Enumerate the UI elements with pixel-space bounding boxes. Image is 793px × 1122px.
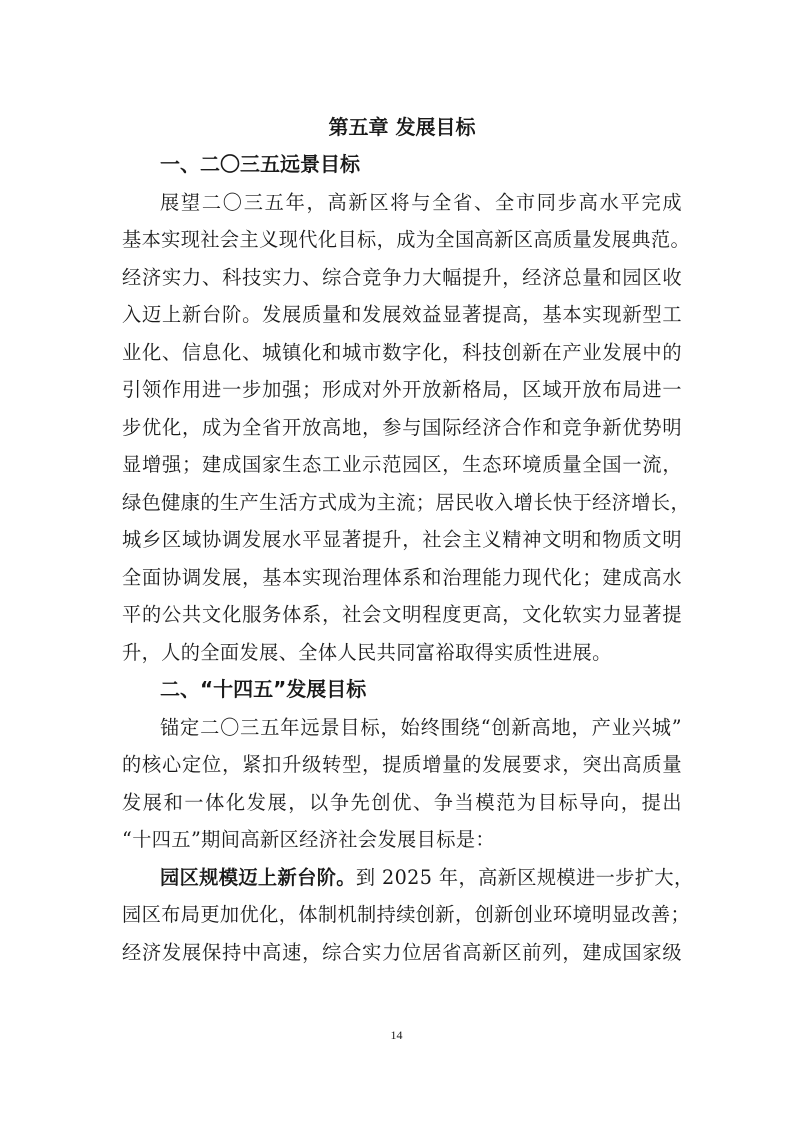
text-line: 入迈上新台阶。发展质量和发展效益显著提高，基本实现新型工 <box>122 296 682 334</box>
text-line: 基本实现社会主义现代化目标，成为全国高新区高质量发展典范。 <box>122 221 682 259</box>
section-heading-14th-five-year: 二、“十四五”发展目标 <box>122 671 682 709</box>
text-line: 显增强；建成国家生态工业示范园区，生态环境质量全国一流， <box>122 446 682 484</box>
goal-lead-bold: 园区规模迈上新台阶。 <box>160 866 356 889</box>
section-heading-2035: 一、二〇三五远景目标 <box>122 146 682 184</box>
goal-first-line-text: 到 2025 年，高新区规模进一步扩大， <box>356 866 694 889</box>
text-line: 园区规模迈上新台阶。到 2025 年，高新区规模进一步扩大， <box>122 859 682 897</box>
text-line: 业化、信息化、城镇化和城市数字化，科技创新在产业发展中的 <box>122 334 682 372</box>
text-line: 绿色健康的生产生活方式成为主流；居民收入增长快于经济增长， <box>122 484 682 522</box>
chapter-title: 第五章 发展目标 <box>122 108 682 146</box>
text-line: 发展和一体化发展，以争先创优、争当模范为目标导向，提出 <box>122 784 682 822</box>
text-line: 城乡区域协调发展水平显著提升，社会主义精神文明和物质文明 <box>122 521 682 559</box>
paragraph-2035-vision: 展望二〇三五年，高新区将与全省、全市同步高水平完成 基本实现社会主义现代化目标，… <box>122 184 682 672</box>
paragraph-14th-five-year: 锚定二〇三五年远景目标，始终围绕“创新高地，产业兴城” 的核心定位，紧扣升级转型… <box>122 709 682 859</box>
text-line: 全面协调发展，基本实现治理体系和治理能力现代化；建成高水 <box>122 559 682 597</box>
text-line: 的核心定位，紧扣升级转型，提质增量的发展要求，突出高质量 <box>122 746 682 784</box>
text-line: 升，人的全面发展、全体人民共同富裕取得实质性进展。 <box>122 634 682 672</box>
paragraph-park-scale-goal: 园区规模迈上新台阶。到 2025 年，高新区规模进一步扩大， 园区布局更加优化，… <box>122 859 682 972</box>
text-line: 平的公共文化服务体系，社会文明程度更高，文化软实力显著提 <box>122 596 682 634</box>
text-line: “十四五”期间高新区经济社会发展目标是： <box>122 821 682 859</box>
text-line: 园区布局更加优化，体制机制持续创新，创新创业环境明显改善； <box>122 896 682 934</box>
text-line: 步优化，成为全省开放高地，参与国际经济合作和竞争新优势明 <box>122 409 682 447</box>
page-number: 14 <box>0 1028 793 1043</box>
text-line: 展望二〇三五年，高新区将与全省、全市同步高水平完成 <box>122 184 682 222</box>
text-line: 经济发展保持中高速，综合实力位居省高新区前列，建成国家级 <box>122 934 682 972</box>
text-line: 经济实力、科技实力、综合竞争力大幅提升，经济总量和园区收 <box>122 259 682 297</box>
text-line: 锚定二〇三五年远景目标，始终围绕“创新高地，产业兴城” <box>122 709 682 747</box>
text-line: 引领作用进一步加强；形成对外开放新格局，区域开放布局进一 <box>122 371 682 409</box>
document-page: 第五章 发展目标 一、二〇三五远景目标 展望二〇三五年，高新区将与全省、全市同步… <box>122 108 682 971</box>
